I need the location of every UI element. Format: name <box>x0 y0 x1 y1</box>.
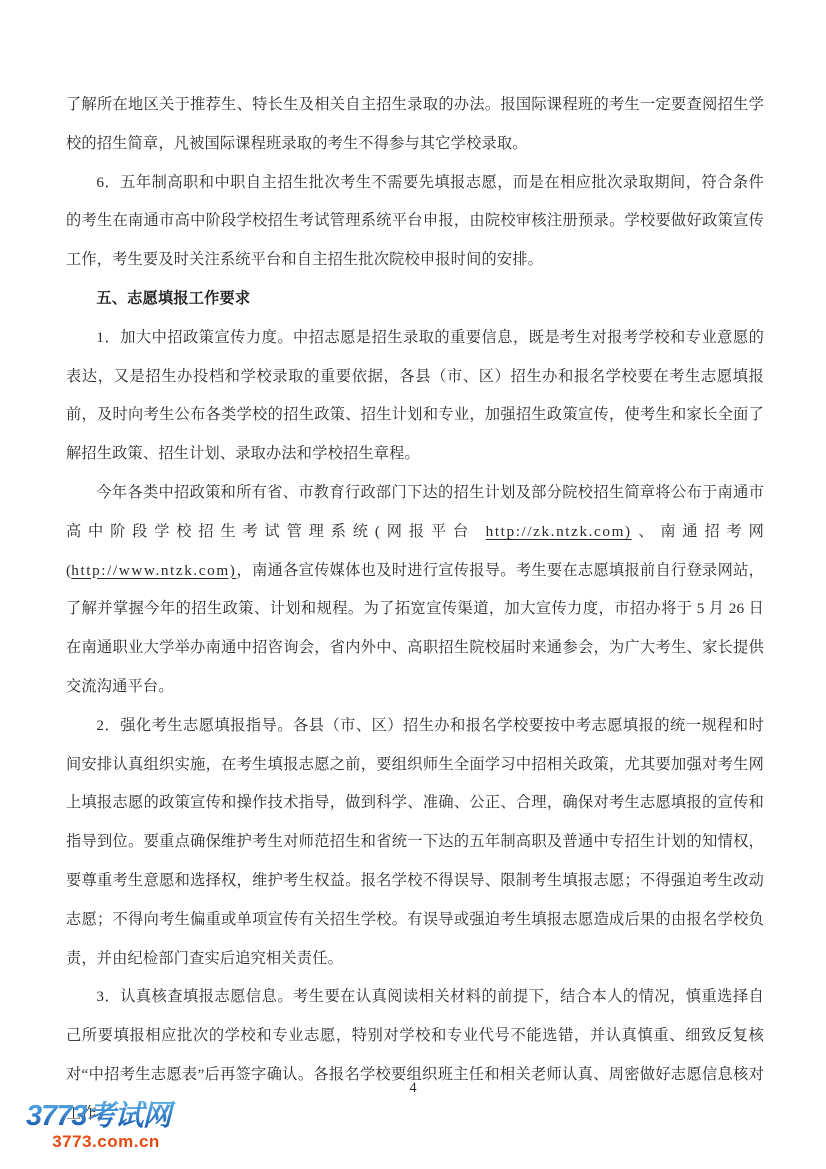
document-body: 了解所在地区关于推荐生、特长生及相关自主招生录取的办法。报国际课程班的考生一定要… <box>66 86 764 1134</box>
document-page: 了解所在地区关于推荐生、特长生及相关自主招生录取的办法。报国际课程班的考生一定要… <box>0 0 826 1169</box>
watermark-site-url: 3773.com.cn <box>26 1133 186 1152</box>
paragraph: 6．五年制高职和中职自主招生批次考生不需要先填报志愿，而是在相应批次录取期间，符… <box>66 164 764 280</box>
paragraph-text: 1．加大中招政策宣传力度。中招志愿是招生录取的重要信息，既是考生对报考学校和专业… <box>66 329 764 462</box>
page-number: 4 <box>0 1080 826 1097</box>
paragraph: 1．加大中招政策宣传力度。中招志愿是招生录取的重要信息，既是考生对报考学校和专业… <box>66 319 764 474</box>
paragraph-text: 2．强化考生志愿填报指导。各县（市、区）招生办和报名学校要按中考志愿填报的统一规… <box>66 717 764 967</box>
paragraph-text: ，南通各宣传媒体也及时进行宣传报导。考生要在志愿填报前自行登录网站，了解并掌握今… <box>66 562 764 695</box>
link-url[interactable]: http://zk.ntzk.com) <box>486 523 632 540</box>
paragraph: 今年各类中招政策和所有省、市教育行政部门下达的招生计划及部分院校招生简章将公布于… <box>66 474 764 707</box>
paragraph: 2．强化考生志愿填报指导。各县（市、区）招生办和报名学校要按中考志愿填报的统一规… <box>66 707 764 979</box>
watermark-logo: 3773考试网 3773.com.cn <box>26 1101 186 1152</box>
paragraph: 了解所在地区关于推荐生、特长生及相关自主招生录取的办法。报国际课程班的考生一定要… <box>66 86 764 164</box>
link-url[interactable]: http://www.ntzk.com) <box>71 562 236 579</box>
watermark-site-name: 3773考试网 <box>26 1101 186 1131</box>
paragraph-text: 五、志愿填报工作要求 <box>96 290 250 307</box>
paragraph-text: 了解所在地区关于推荐生、特长生及相关自主招生录取的办法。报国际课程班的考生一定要… <box>66 96 764 152</box>
section-heading: 五、志愿填报工作要求 <box>66 280 764 319</box>
paragraph-text: 6．五年制高职和中职自主招生批次考生不需要先填报志愿，而是在相应批次录取期间，符… <box>66 174 764 269</box>
